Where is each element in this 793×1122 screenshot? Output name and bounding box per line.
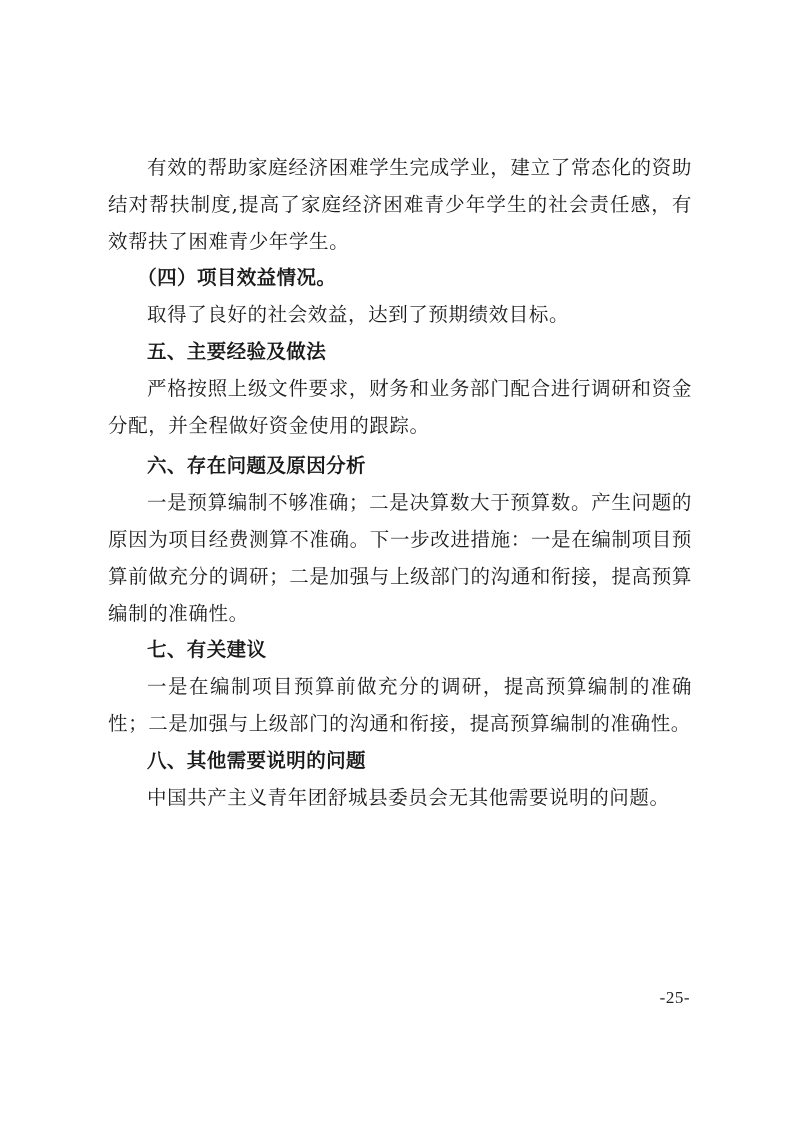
paragraph-project-benefits: 取得了良好的社会效益，达到了预期绩效目标。 bbox=[108, 297, 692, 334]
heading-section-5-experience: 五、主要经验及做法 bbox=[108, 334, 692, 371]
paragraph-problems: 一是预算编制不够准确；二是决算数大于预算数。产生问题的原因为项目经费测算不准确。… bbox=[108, 485, 692, 632]
paragraph-student-aid-results: 有效的帮助家庭经济困难学生完成学业，建立了常态化的资助结对帮扶制度,提高了家庭经… bbox=[108, 150, 692, 260]
paragraph-suggestions: 一是在编制项目预算前做充分的调研，提高预算编制的准确性；二是加强与上级部门的沟通… bbox=[108, 669, 692, 743]
heading-section-8-other: 八、其他需要说明的问题 bbox=[108, 743, 692, 780]
paragraph-experience: 严格按照上级文件要求，财务和业务部门配合进行调研和资金分配，并全程做好资金使用的… bbox=[108, 371, 692, 445]
page-number: -25- bbox=[660, 988, 690, 1008]
paragraph-other: 中国共产主义青年团舒城县委员会无其他需要说明的问题。 bbox=[108, 780, 692, 817]
subheading-project-benefits: （四）项目效益情况。 bbox=[108, 260, 692, 297]
document-body: 有效的帮助家庭经济困难学生完成学业，建立了常态化的资助结对帮扶制度,提高了家庭经… bbox=[108, 150, 692, 816]
heading-section-6-problems: 六、存在问题及原因分析 bbox=[108, 448, 692, 485]
heading-section-7-suggestions: 七、有关建议 bbox=[108, 632, 692, 669]
